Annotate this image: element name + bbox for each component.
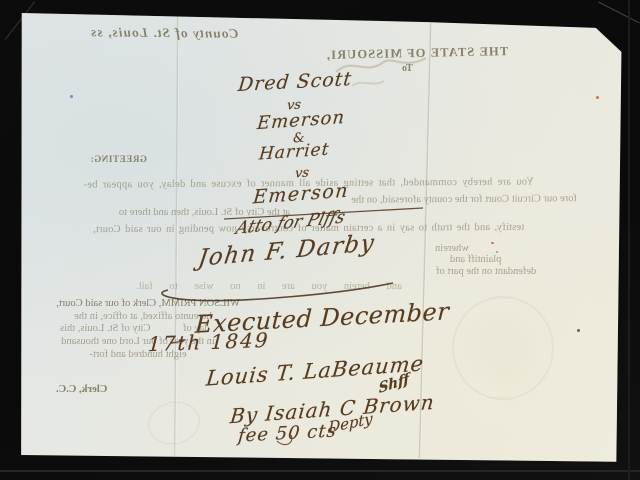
printed-county-heading: County of St. Louis, ss [66,25,262,42]
scanned-document-photo: County of St. Louis, ss THE STATE OF MIS… [0,0,640,480]
party-name-line: Dred Scott [237,68,353,96]
printed-state-heading: THE STATE OF MISSOURI, [316,44,518,62]
ring-stain-large [452,296,554,400]
printed-clerk-cc-label: Clerk, C.C. [56,384,107,396]
executed-date: 17th 1849 [147,328,270,356]
printed-greeting-label: GREETING: [90,154,147,164]
printed-body-line: fore our Circuit Court for the county af… [318,193,577,207]
foxing-speck [491,242,494,244]
foxing-speck [496,251,498,253]
frame-scratch-top-right [598,2,639,24]
frame-right-streak [628,0,630,480]
ghost-handwriting-squiggle [352,81,384,86]
printed-body-line: defendant on the part of [436,266,536,278]
dark-speck [577,329,580,332]
attorney-signature: John F. Darby [196,230,376,272]
printed-city-line: City of St. Louis, this [60,323,150,335]
printed-body-line: wherein [435,243,469,255]
party-name-line: Harriet [258,139,330,164]
versus-label: vs [294,165,309,181]
frame-bottom-strip [0,470,640,472]
printed-to-label: To [402,63,413,74]
foxing-speck [596,96,599,99]
printed-body-line: plaintiff and [450,254,501,266]
printed-body-line: and herein you are in no wise to fail. [58,281,480,293]
ring-stain-small [144,397,204,449]
document-paper: County of St. Louis, ss THE STATE OF MIS… [0,0,640,480]
fee-note: fee 50 cts [237,420,338,446]
ink-speck-blue [70,95,73,98]
